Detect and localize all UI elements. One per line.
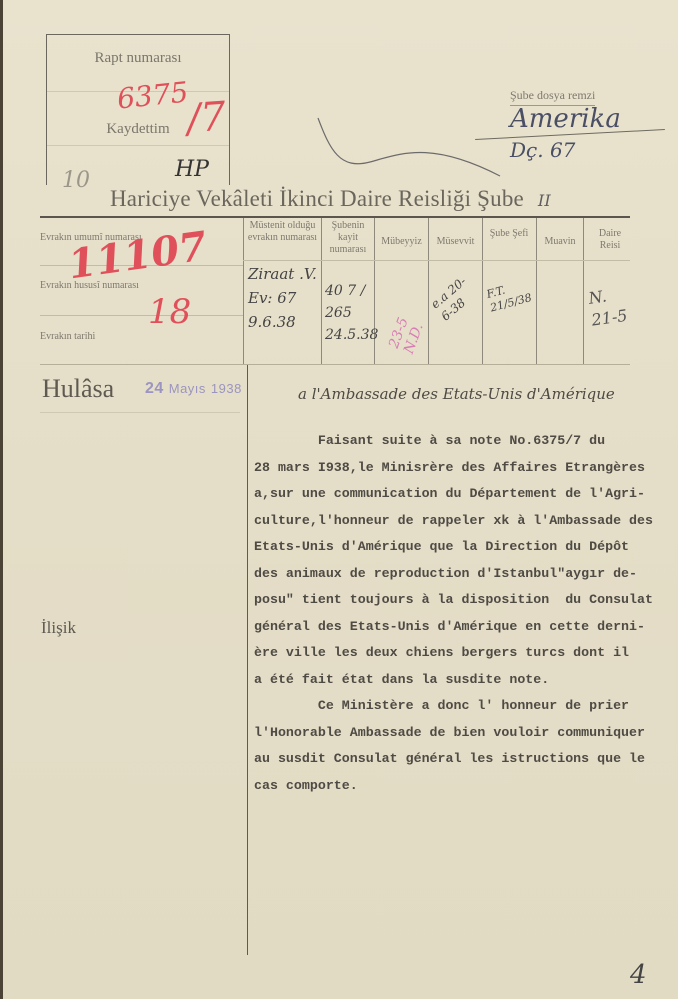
body-line: 28 mars I938,le Minisrère des Affaires E… <box>254 455 678 482</box>
body-line: au susdit Consulat général les istructio… <box>254 746 678 773</box>
field-rule <box>40 315 243 316</box>
header-rule <box>243 260 630 261</box>
column-header: Müsevvit <box>429 236 482 248</box>
title-suffix-handwritten: II <box>538 191 551 210</box>
scan-footer-strip <box>0 990 420 999</box>
margin-mark-handwritten: 10 <box>62 168 90 193</box>
body-line: Ce Ministère a donc l' honneur de prier <box>254 693 678 720</box>
body-line: général des Etats-Unis d'Amérique en cet… <box>254 614 678 641</box>
body-line: Etats-Unis d'Amérique que la Direction d… <box>254 534 678 561</box>
main-divider <box>247 365 248 955</box>
hulasa-rule <box>40 412 240 413</box>
body-line: a,sur une communication du Département d… <box>254 481 678 508</box>
body-line: ère ville les deux chiens bergers turcs … <box>254 640 678 667</box>
title-text: Hariciye Vekâleti İkinci Daire Reisliği … <box>110 186 524 211</box>
rapt-rule <box>47 145 229 146</box>
body-line: culture,l'honneur de rappeler xk à l'Amb… <box>254 508 678 535</box>
cell-handwritten: 23-5 N.D. <box>386 307 430 356</box>
sube-dosya-subvalue-handwritten: Dç. 67 <box>510 138 575 162</box>
column-header: Muavin <box>537 236 583 248</box>
col-divider <box>583 218 584 365</box>
body-line: posu" tient toujours à la disposition du… <box>254 587 678 614</box>
initials-handwritten: HP <box>175 157 209 182</box>
column-header: Şubenin kayit numarası <box>322 220 374 256</box>
sube-dosya-value-handwritten: Amerika <box>510 104 621 134</box>
hulasa-label: Hulâsa <box>42 374 114 404</box>
field-label: Evrakın tarihi <box>40 331 95 342</box>
table-bottom-rule <box>40 364 630 365</box>
column-header: Mübeyyiz <box>375 236 428 248</box>
page-number-handwritten: 4 <box>630 960 647 990</box>
ilisik-label: İlişik <box>41 618 76 638</box>
rapt-label: Rapt numarası <box>47 50 229 67</box>
body-line: cas comporte. <box>254 773 678 800</box>
body-line: l'Honorable Ambassade de bien vouloir co… <box>254 720 678 747</box>
date-stamp: 24 Mayıs 1938 <box>145 380 242 398</box>
rapt-number-box: Rapt numarası Kaydettim 6375 /7 HP <box>46 34 230 185</box>
addressee-handwritten: a l'Ambassade des Etats-Unis d'Amérique <box>298 385 615 403</box>
stamp-day: 24 <box>145 380 164 397</box>
rapt-number-handwritten: 6375 <box>115 75 189 115</box>
body-line: Faisant suite à sa note No.6375/7 du <box>254 428 678 455</box>
pencil-stroke <box>310 110 510 180</box>
rapt-slash-handwritten: /7 <box>185 94 227 143</box>
document-page: Rapt numarası Kaydettim 6375 /7 HP 10 Şu… <box>0 0 678 999</box>
body-line: des animaux de reproduction d'Istanbul"a… <box>254 561 678 588</box>
stamp-year: 1938 <box>211 381 242 396</box>
letter-body: Faisant suite à sa note No.6375/7 du28 m… <box>254 428 678 799</box>
page-edge <box>0 0 3 999</box>
column-header: Müstenit olduğu evrakın numarası <box>244 220 321 244</box>
cell-handwritten: N. 21-5 <box>587 282 633 331</box>
private-number-handwritten: 18 <box>148 292 191 332</box>
cell-handwritten: F.T. 21/5/38 <box>485 277 537 316</box>
cell-handwritten: e.a 20-6-38 <box>428 268 487 325</box>
cell-handwritten: 40 7 / 265 24.5.38 <box>325 280 373 346</box>
column-header: Şube Şefi <box>488 228 530 240</box>
body-line: a été fait état dans la susdite note. <box>254 667 678 694</box>
column-header: Daire Reisi <box>590 228 630 252</box>
page-title: Hariciye Vekâleti İkinci Daire Reisliği … <box>110 186 551 212</box>
stamp-month: Mayıs <box>169 381 206 396</box>
title-rule <box>40 216 630 218</box>
cell-handwritten: Ziraat .V. Ev: 67 9.6.38 <box>248 262 318 334</box>
